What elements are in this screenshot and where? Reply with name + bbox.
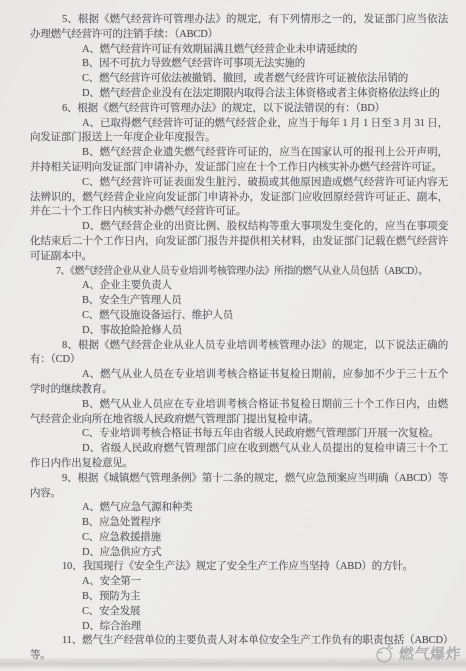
question-stem: 5、根据《燃气经营许可管理办法》的规定，有下列情形之一的，发证部门应当依法办理燃… [30,13,448,43]
question-option: A、燃气从业人员在专业培训考核合格证书复检日期前，应参加不少于三十五个学时的继续… [30,368,448,398]
question-option: C、专业培训考核合格证书每五年由省级人民政府燃气管理部门开展一次复检。 [30,427,448,442]
question-option: C、安全发展 [30,605,448,620]
question-option: D、综合治理 [30,620,448,635]
question-9: 9、根据《城镇燃气管理条例》第十二条的规定，燃气应急预案应当明确（ABCD）等内… [30,472,448,561]
question-option: A、燃气经营许可证有效期届满且燃气经营企业未申请延续的 [30,43,448,58]
question-stem: 6、根据《燃气经营许可管理办法》的规定，以下说法错误的有：（BD） [30,102,448,117]
question-option: B、应急处置程序 [30,516,448,531]
question-option: A、企业主要负责人 [30,279,448,294]
question-6: 6、根据《燃气经营许可管理办法》的规定，以下说法错误的有：（BD） A、已取得燃… [30,102,448,265]
question-option: C、应急救援措施 [30,531,448,546]
question-10: 10、我国现行《安全生产法》规定了安全生产工作应当坚持（ABD）的方针。 A、安… [30,560,448,634]
question-option: C、燃气经营许可依法被撤销、撤回，或者燃气经营许可证被依法吊销的 [30,72,448,87]
question-option: A、安全第一 [30,575,448,590]
explosion-logo-icon [372,644,396,664]
watermark: 燃气爆炸 [372,643,461,664]
question-option: B、安全生产管理人员 [30,294,448,309]
question-option: B、燃气经营企业遗失燃气经营许可证的，应当在国家认可的报刊上公开声明，并持相关证… [30,146,448,176]
question-option: A、已取得燃气经营许可证的燃气经营企业，应当于每年 1 月 1 日至 3 月 3… [30,117,448,147]
question-stem: 7、《燃气经营企业从业人员专业培训考核管理办法》所指的燃气从业人员包括（ABCD… [30,265,448,280]
question-option: D、燃气经营企业没有在法定期限内取得合法主体资格或者主体资格依法终止的 [30,87,448,102]
question-option: C、燃气设施设备运行、维护人员 [30,309,448,324]
question-option: B、因不可抗力导致燃气经营许可事项无法实施的 [30,57,448,72]
question-option: D、事故抢险抢修人员 [30,324,448,339]
watermark-label: 燃气爆炸 [398,643,461,664]
question-7: 7、《燃气经营企业从业人员专业培训考核管理办法》所指的燃气从业人员包括（ABCD… [30,265,448,339]
question-option: D、省级人民政府燃气管理部门应在收到燃气从业人员提出的复检申请三十个工作日内作出… [30,442,448,472]
question-option: D、应急供应方式 [30,546,448,561]
question-option: C、燃气经营许可证表面发生脏污、破损或其他原因造成燃气经营许可证内容无法辨识的，… [30,176,448,220]
question-stem: 10、我国现行《安全生产法》规定了安全生产工作应当坚持（ABD）的方针。 [30,560,448,575]
question-5: 5、根据《燃气经营许可管理办法》的规定，有下列情形之一的，发证部门应当依法办理燃… [30,13,448,102]
question-stem: 9、根据《城镇燃气管理条例》第十二条的规定，燃气应急预案应当明确（ABCD）等内… [30,472,448,502]
question-stem: 8、根据《燃气经营企业从业人员专业培训考核管理办法》的规定，以下说法正确的有：（… [30,339,448,369]
question-option: A、燃气应急气源和种类 [30,501,448,516]
scanned-exam-page: 5、根据《燃气经营许可管理办法》的规定，有下列情形之一的，发证部门应当依法办理燃… [0,0,466,671]
exam-question-list: 5、根据《燃气经营许可管理办法》的规定，有下列情形之一的，发证部门应当依法办理燃… [30,13,448,664]
question-8: 8、根据《燃气经营企业从业人员专业培训考核管理办法》的规定，以下说法正确的有：（… [30,339,448,472]
question-option: D、燃气经营企业的出资比例、股权结构等重大事项发生变化的，应当在事项变化结束后二… [30,220,448,264]
question-option: B、预防为主 [30,590,448,605]
question-option: B、燃气从业人员应在专业培训考核合格证书复检日期前三十个工作日内，由燃气经营企业… [30,398,448,428]
